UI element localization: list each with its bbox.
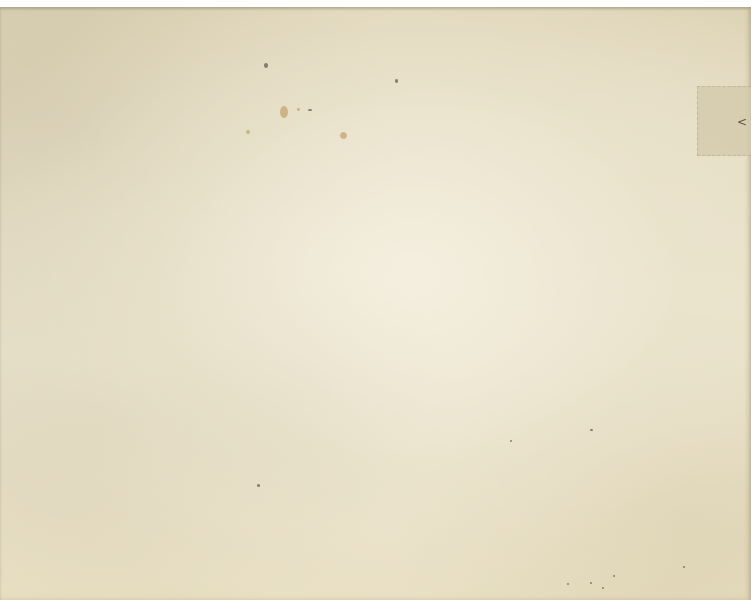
dark-speck: [308, 109, 312, 111]
dark-speck: [602, 587, 604, 589]
foxing-stain: [340, 132, 347, 139]
tape-label: <: [697, 86, 751, 156]
dark-speck: [510, 440, 512, 442]
dark-speck: [590, 582, 592, 584]
tape-pencil-mark: <: [737, 115, 747, 129]
dark-speck: [613, 575, 615, 577]
dark-speck: [395, 79, 398, 83]
dark-speck: [683, 566, 685, 568]
foxing-stain: [280, 106, 288, 118]
dark-speck: [567, 583, 569, 585]
dark-speck: [257, 484, 260, 487]
foxing-stain: [246, 130, 250, 134]
dark-speck: [590, 429, 593, 431]
aged-paper-card: <: [0, 7, 751, 600]
foxing-stain: [297, 108, 300, 111]
dark-speck: [264, 63, 268, 68]
